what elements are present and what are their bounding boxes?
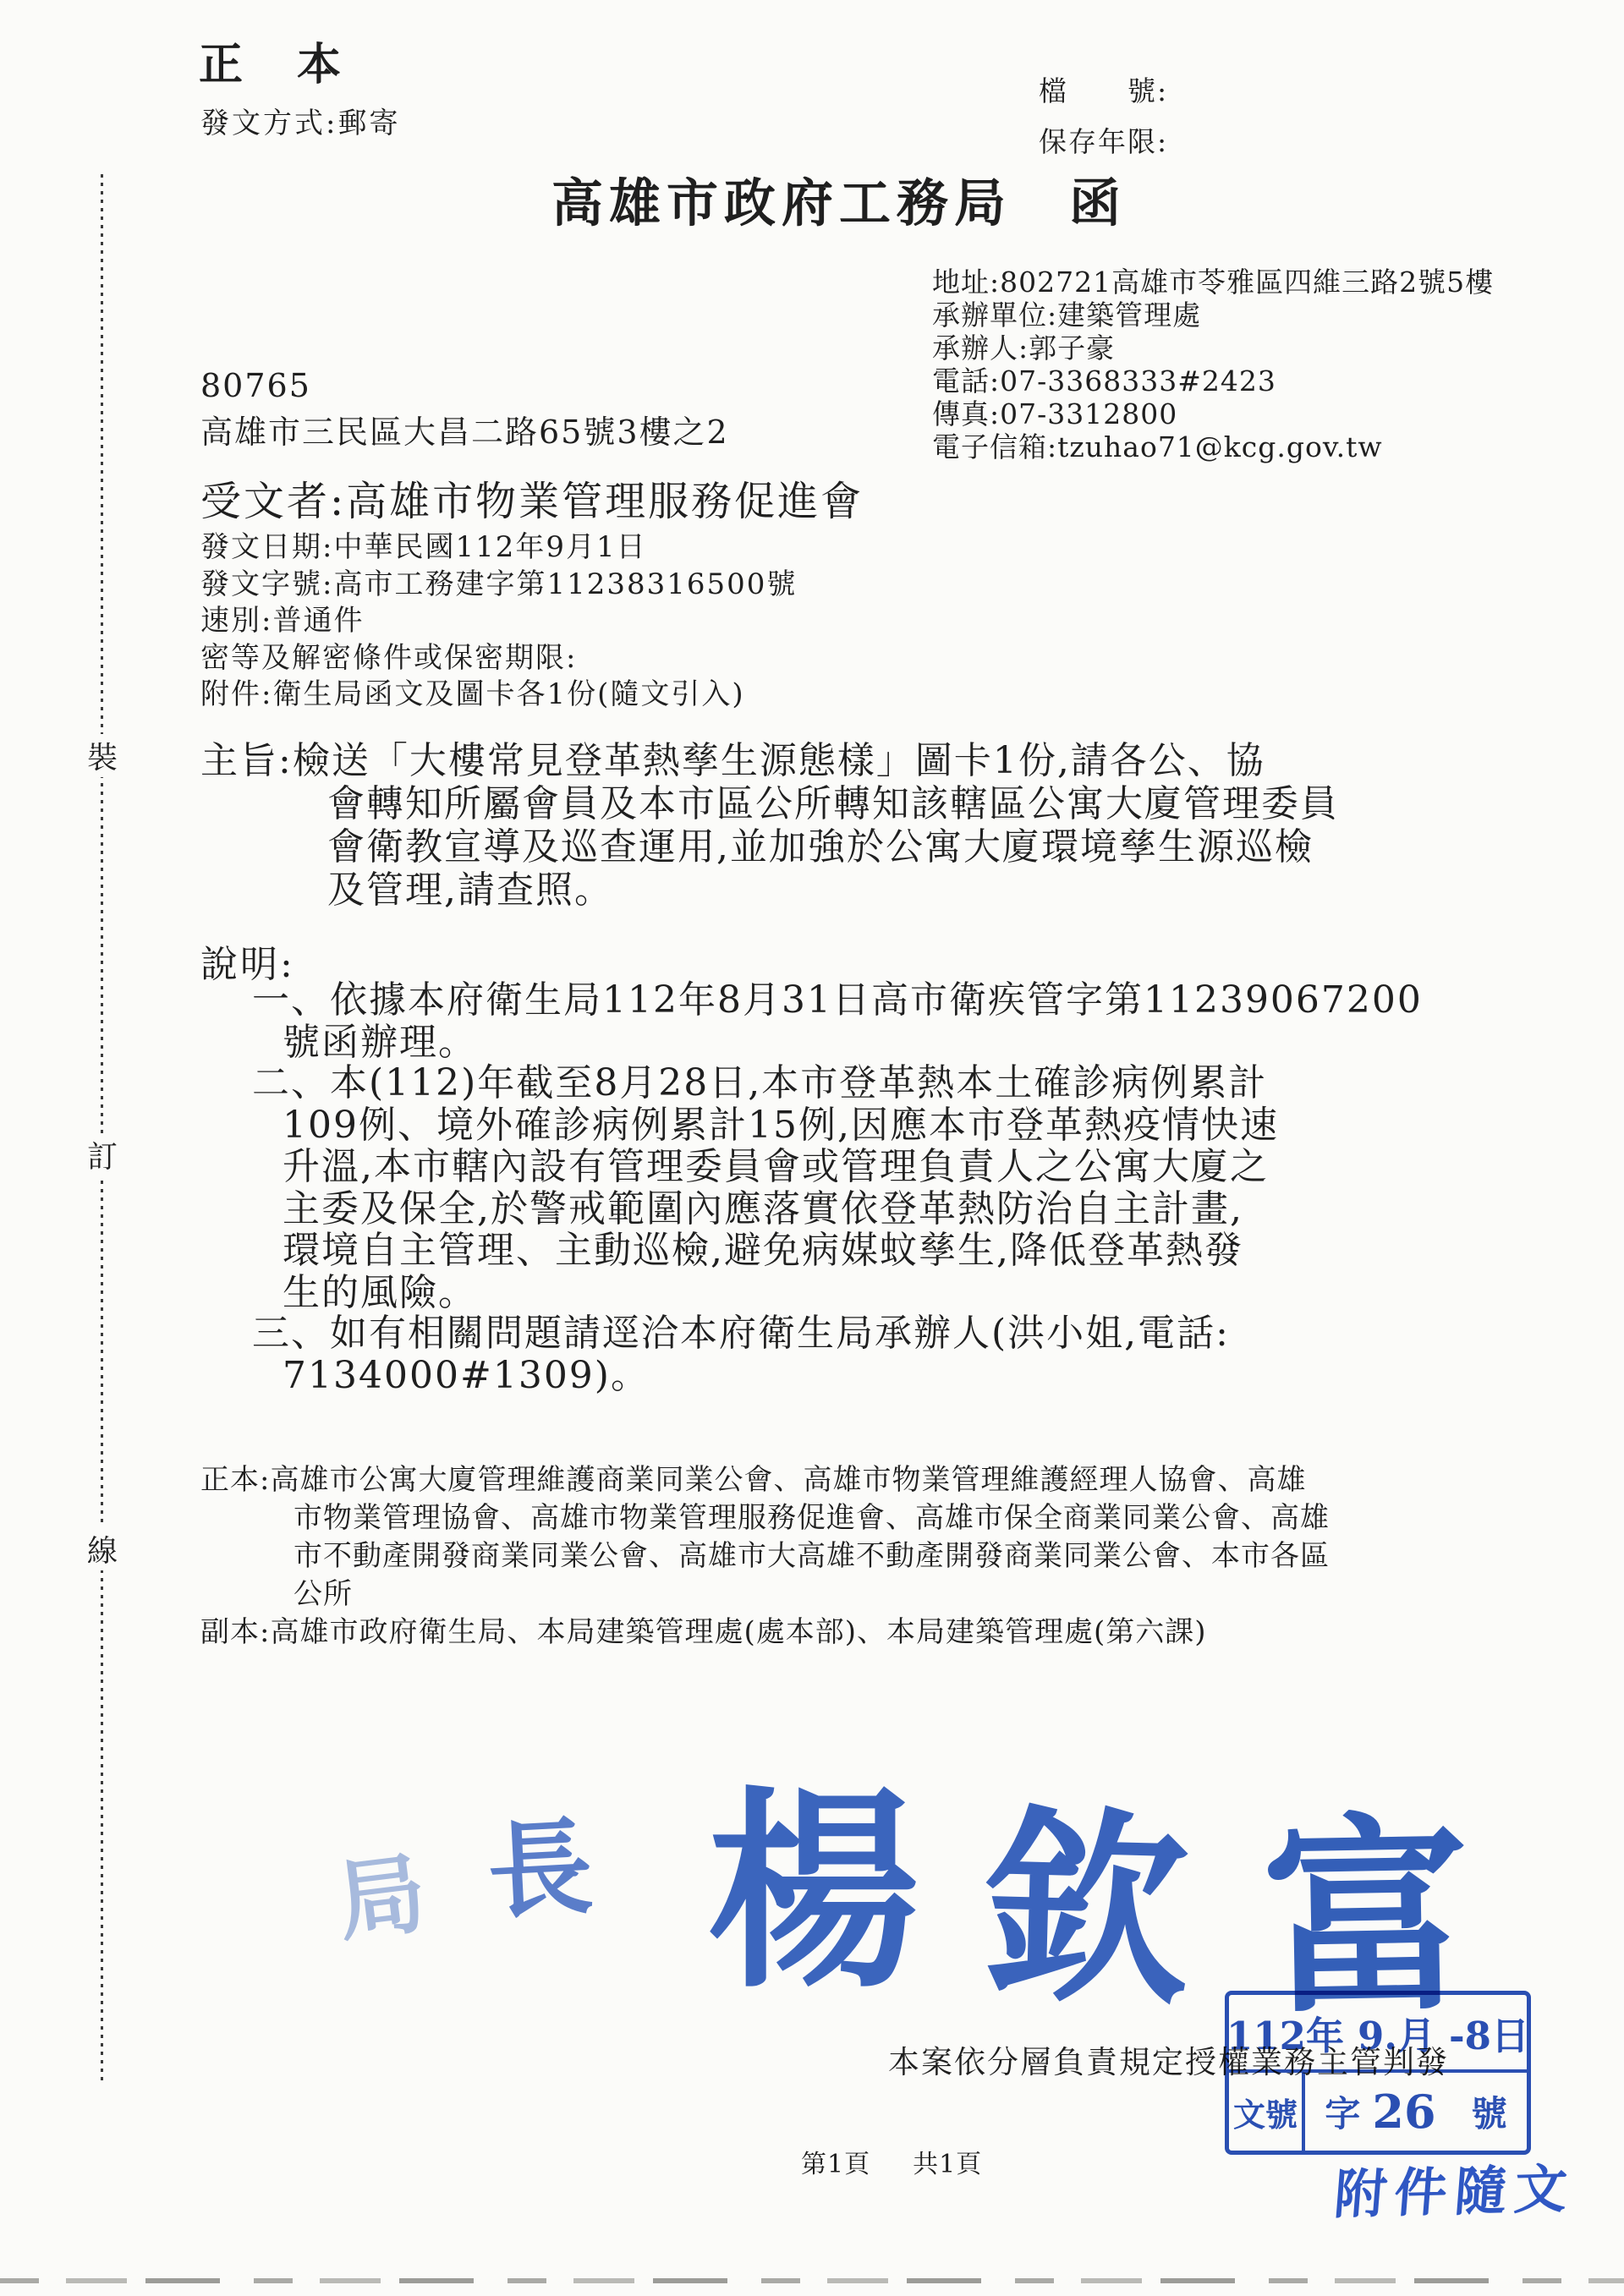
binding-dotted-line	[101, 174, 103, 2082]
attachment-follows-stamp: 附件隨文	[1332, 2146, 1578, 2228]
date-stamp-date-row: 112年 9.月 -8日	[1229, 1995, 1527, 2073]
page-total: 共1頁	[913, 2150, 982, 2179]
binding-label-zhuang: 裝	[80, 734, 124, 777]
description-line: 一、依據本府衛生局112年8月31日高市衛疾管字第11239067200	[252, 979, 1423, 1022]
signature-name-char: 楊	[707, 1722, 920, 2028]
agency-person: 承辦人:郭子豪	[932, 332, 1494, 364]
agency-fax: 傳真:07-3312800	[932, 397, 1494, 430]
retention-period-label: 保存年限:	[1039, 120, 1168, 160]
stamp-doc-suffix: 號	[1472, 2086, 1507, 2137]
signature-title-char: 局	[329, 1822, 432, 1959]
description-line: 環境自主管理、主動巡檢,避免病媒蚊孳生,降低登革熱發	[252, 1230, 1279, 1272]
agency-unit: 承辦單位:建築管理處	[932, 299, 1494, 332]
delivery-method: 發文方式:郵寄	[200, 100, 400, 141]
speed-class: 速別:普通件	[200, 603, 797, 640]
attachment-note: 附件:衛生局函文及圖卡各1份(隨文引入)	[200, 677, 797, 714]
binding-label-xian: 線	[80, 1527, 124, 1570]
original-copy-list: 市不動產開發商業同業公會、高雄市大高雄不動產開發商業同業公會、本市各區	[200, 1537, 1330, 1575]
stamp-day: -8日	[1449, 2005, 1529, 2060]
signature-title-char: 長	[483, 1784, 595, 1939]
stamp-doc-number-value: 字 26 號	[1305, 2073, 1527, 2151]
stamp-doc-number-label: 文號	[1229, 2073, 1305, 2151]
subject-line: 會轉知所屬會員及本市區公所轉知該轄區公寓大廈管理委員	[200, 782, 1339, 825]
description-line: 主委及保全,於警戒範圍內應落實依登革熱防治自主計畫,	[252, 1188, 1279, 1230]
description-line: 生的風險。	[252, 1272, 1279, 1314]
stamp-month: 9.月	[1358, 2005, 1435, 2060]
description-line: 7134000#1309)。	[252, 1355, 1230, 1397]
description-line: 二、本(112)年截至8月28日,本市登革熱本土確診病例累計	[252, 1062, 1279, 1104]
description-line: 三、如有相關問題請逕洽本府衛生局承辦人(洪小姐,電話:	[252, 1312, 1230, 1355]
description-line: 109例、境外確診病例累計15例,因應本市登革熱疫情快速	[252, 1104, 1279, 1147]
subject-line: 主旨:檢送「大樓常見登革熱孳生源態樣」圖卡1份,請各公、協	[200, 739, 1339, 782]
issue-number: 發文字號:高市工務建字第11238316500號	[200, 567, 797, 604]
cc-copy-list: 副本:高雄市政府衛生局、本局建築管理處(處本部)、本局建築管理處(第六課)	[200, 1614, 1330, 1652]
issue-date: 發文日期:中華民國112年9月1日	[200, 529, 797, 567]
original-copy-list: 市物業管理協會、高雄市物業管理服務促進會、高雄市保全商業同業公會、高雄	[200, 1499, 1330, 1537]
agency-contact-block: 地址:802721高雄市苓雅區四維三路2號5樓 承辦單位:建築管理處 承辦人:郭…	[932, 266, 1494, 463]
file-number-label: 檔 號:	[1039, 69, 1168, 109]
page-number: 第1頁	[801, 2150, 870, 2179]
signature-name-char: 欽	[979, 1741, 1193, 2043]
recipient-address: 高雄市三民區大昌二路65號3樓之2	[200, 406, 729, 452]
date-stamp-number-row: 文號 字 26 號	[1229, 2073, 1527, 2151]
stamp-year: 112年	[1226, 2005, 1344, 2060]
subject-block: 主旨:檢送「大樓常見登革熱孳生源態樣」圖卡1份,請各公、協 會轉知所屬會員及本市…	[200, 739, 1339, 912]
description-line: 升溫,本市轄內設有管理委員會或管理負責人之公寓大廈之	[252, 1146, 1279, 1188]
description-item-2: 二、本(112)年截至8月28日,本市登革熱本土確診病例累計 109例、境外確診…	[252, 1062, 1279, 1313]
date-stamp-box: 112年 9.月 -8日 文號 字 26 號	[1225, 1991, 1531, 2155]
document-meta-block: 發文日期:中華民國112年9月1日 發文字號:高市工務建字第1123831650…	[200, 529, 797, 714]
recipient-line: 受文者:高雄市物業管理服務促進會	[200, 469, 864, 527]
page-footer: 第1頁共1頁	[801, 2143, 982, 2180]
description-item-3: 三、如有相關問題請逕洽本府衛生局承辦人(洪小姐,電話: 7134000#1309…	[252, 1312, 1230, 1396]
scan-edge-artifact	[0, 2278, 1624, 2283]
original-copy-list: 正本:高雄市公寓大廈管理維護商業同業公會、高雄市物業管理維護經理人協會、高雄	[200, 1461, 1330, 1499]
subject-line: 及管理,請查照。	[200, 869, 1339, 912]
subject-line: 會衛教宣導及巡查運用,並加強於公寓大廈環境孳生源巡檢	[200, 825, 1339, 869]
copy-type-label: 正 本	[199, 29, 346, 92]
agency-phone: 電話:07-3368333#2423	[932, 364, 1494, 397]
official-letter-page: 裝 訂 線 正 本 發文方式:郵寄 檔 號: 保存年限: 高雄市政府工務局 函 …	[0, 0, 1624, 2296]
binding-label-ding: 訂	[80, 1133, 124, 1176]
agency-address: 地址:802721高雄市苓雅區四維三路2號5樓	[932, 266, 1494, 299]
original-copy-list: 公所	[200, 1575, 1330, 1614]
secrecy-class: 密等及解密條件或保密期限:	[200, 640, 797, 677]
description-line: 號函辦理。	[252, 1022, 1423, 1064]
description-item-1: 一、依據本府衛生局112年8月31日高市衛疾管字第11239067200 號函辦…	[252, 979, 1423, 1063]
agency-email: 電子信箱:tzuhao71@kcg.gov.tw	[932, 430, 1494, 463]
copies-block: 正本:高雄市公寓大廈管理維護商業同業公會、高雄市物業管理維護經理人協會、高雄 市…	[200, 1461, 1330, 1652]
recipient-zip: 80765	[200, 367, 311, 404]
document-title: 高雄市政府工務局 函	[551, 162, 1127, 236]
stamp-doc-number: 26	[1372, 2085, 1435, 2139]
stamp-doc-prefix: 字	[1325, 2086, 1360, 2137]
